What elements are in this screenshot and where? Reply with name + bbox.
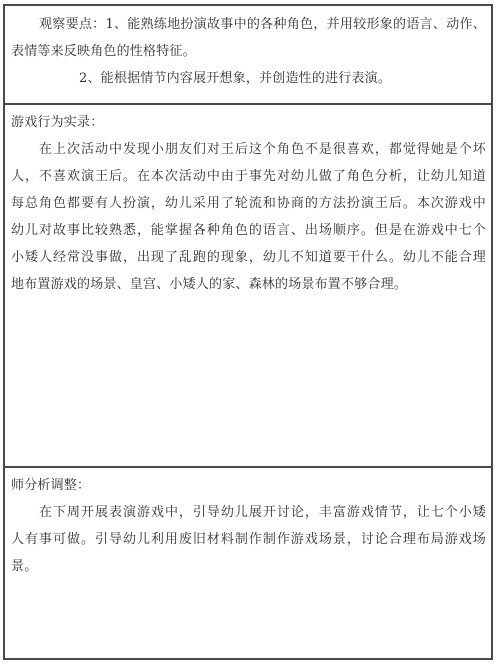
text-line: 在上次活动中发现小朋友们对王后这个角色不是很喜欢，都觉得她是个坏 xyxy=(11,136,486,163)
text-line: 地布置游戏的场景、皇宫、小矮人的家、森林的场景布置不够合理。 xyxy=(11,271,486,298)
text-line: 幼儿对故事比较熟悉，能掌握各种角色的语言、出场顺序。但是在游戏中七个 xyxy=(11,217,486,244)
text-line: 2、能根据情节内容展开想象，并创造性的进行表演。 xyxy=(11,65,486,92)
text-line: 人有事可做。引导幼儿利用废旧材料制作制作游戏场景，讨论合理布局游戏场 xyxy=(11,526,486,553)
text-line: 人，不喜欢演王后。在本次活动中由于事先对幼儿做了角色分析，让幼儿知道 xyxy=(11,163,486,190)
text-line: 在下周开展表演游戏中，引导幼儿展开讨论，丰富游戏情节，让七个小矮 xyxy=(11,499,486,526)
section-observation-points: 观察要点：1、能熟练地扮演故事中的各种角色，并用较形象的语言、动作、 表情等来反… xyxy=(5,6,491,105)
section-title-game-behavior-record: 游戏行为实录： xyxy=(11,109,486,136)
document-page: 观察要点：1、能熟练地扮演故事中的各种角色，并用较形象的语言、动作、 表情等来反… xyxy=(0,0,500,665)
section-teacher-analysis-adjustment: 师分析调整： 在下周开展表演游戏中，引导幼儿展开讨论，丰富游戏情节，让七个小矮 … xyxy=(5,468,491,654)
text-line: 景。 xyxy=(11,553,486,580)
section-title-teacher-analysis: 师分析调整： xyxy=(11,472,486,499)
section-game-behavior-record: 游戏行为实录： 在上次活动中发现小朋友们对王后这个角色不是很喜欢，都觉得她是个坏… xyxy=(5,105,491,468)
observation-record-table: 观察要点：1、能熟练地扮演故事中的各种角色，并用较形象的语言、动作、 表情等来反… xyxy=(3,4,493,660)
text-line: 表情等来反映角色的性格特征。 xyxy=(11,38,486,65)
text-line: 观察要点：1、能熟练地扮演故事中的各种角色，并用较形象的语言、动作、 xyxy=(11,11,486,38)
text-line: 每总角色都要有人扮演，幼儿采用了轮流和协商的方法扮演王后。本次游戏中 xyxy=(11,190,486,217)
text-line: 小矮人经常没事做，出现了乱跑的现象，幼儿不知道要干什么。幼儿不能合理 xyxy=(11,244,486,271)
